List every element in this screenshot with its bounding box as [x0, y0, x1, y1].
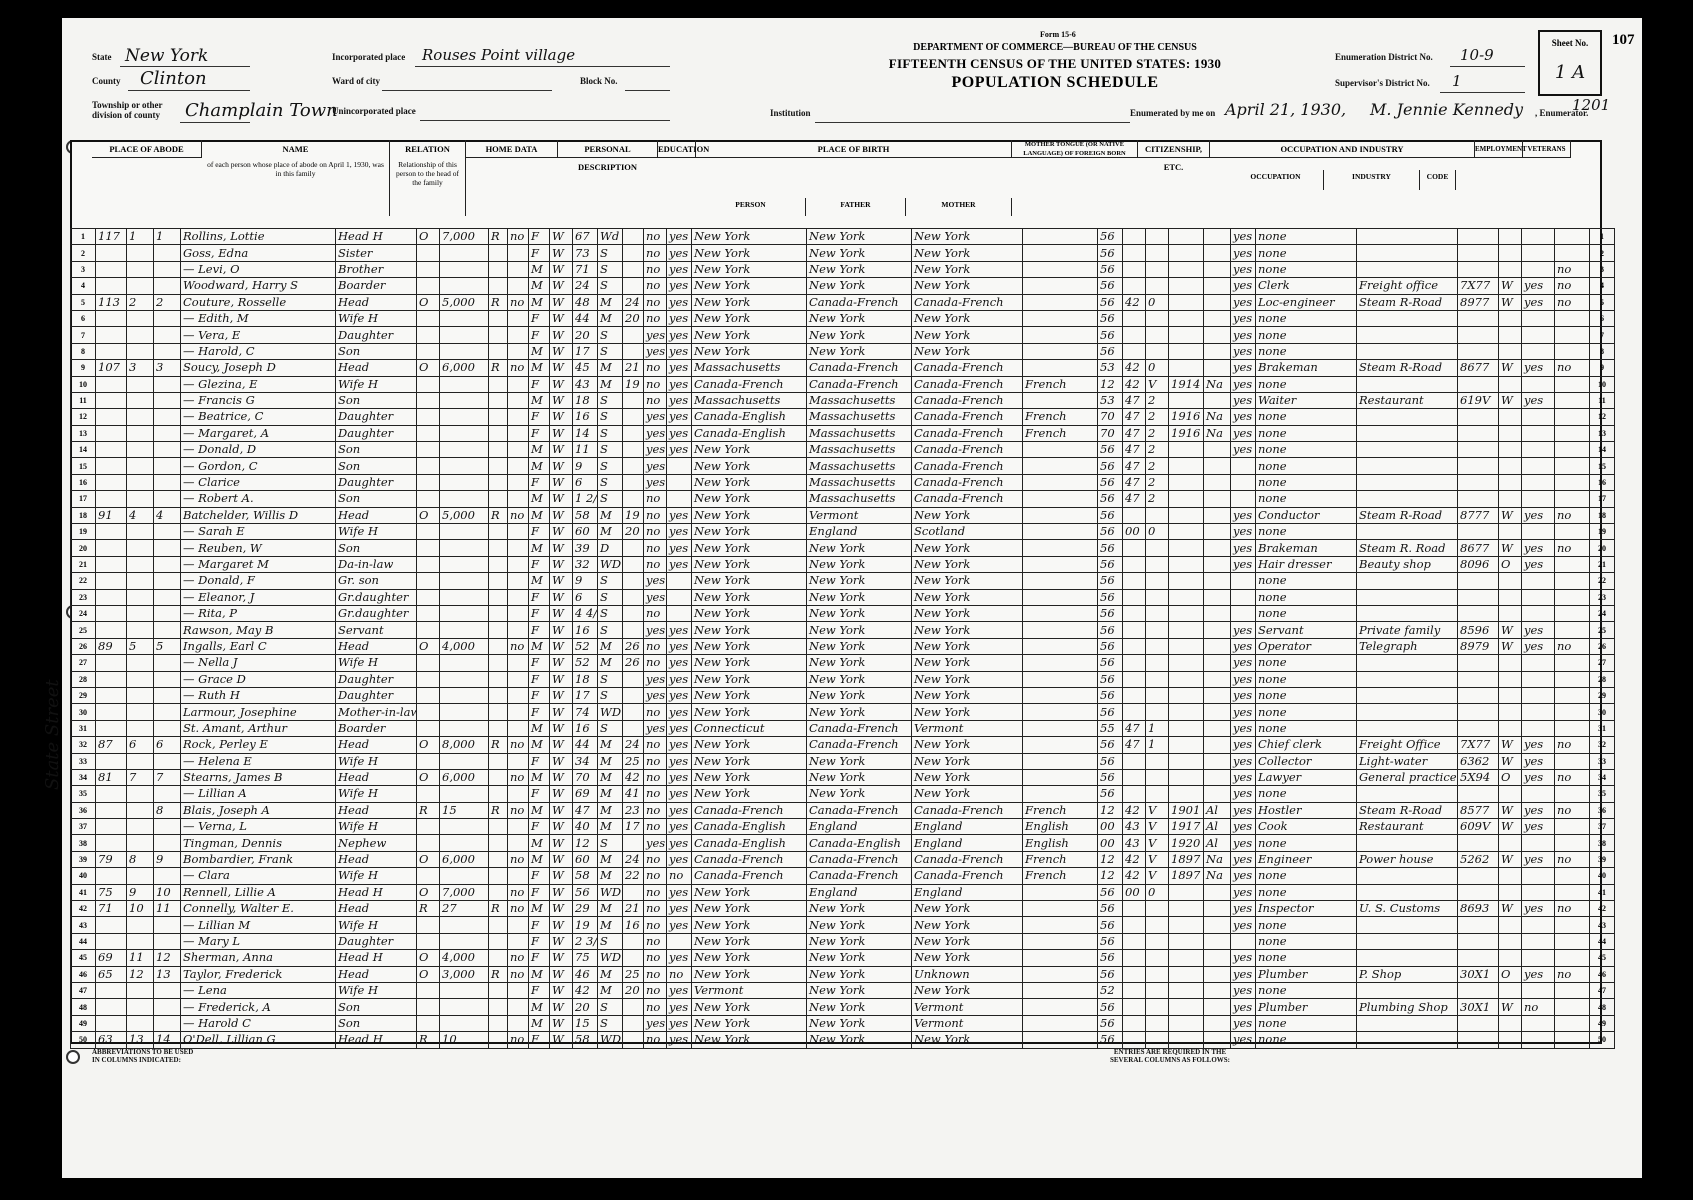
class-of-worker-cell: [1499, 884, 1522, 900]
schedule-title: POPULATION SCHEDULE: [795, 74, 1315, 92]
relation-cell: Wife H: [336, 917, 417, 933]
speaks-english-cell: yes: [1231, 327, 1256, 343]
group-home: HOME DATA: [466, 140, 558, 158]
family-number-cell: 5: [154, 638, 181, 654]
attended-school-cell: no: [644, 376, 667, 392]
birthplace-mother-cell: Canada-French: [912, 491, 1023, 507]
person-name-cell: — Reuben, W: [181, 540, 336, 556]
marital-status-cell: WD: [598, 950, 623, 966]
occupation-cell: none: [1256, 573, 1357, 589]
birthplace-person-cell: Canada-English: [692, 409, 807, 425]
birthplace-father-cell: New York: [807, 343, 912, 359]
industry-cell: [1357, 786, 1458, 802]
code-a-cell: 56: [1098, 704, 1123, 720]
attended-school-cell: no: [644, 310, 667, 326]
group-tongue: MOTHER TONGUE (OR NATIVE LANGUAGE) OF FO…: [1012, 140, 1138, 158]
farm-cell: [508, 425, 529, 441]
family-number-cell: 14: [154, 1032, 181, 1048]
farm-cell: [508, 687, 529, 703]
table-row: 49— Harold CSonMW15SyesyesNew YorkNew Yo…: [71, 1015, 1615, 1031]
code-c-cell: [1146, 950, 1169, 966]
age-cell: 60: [573, 851, 598, 867]
department-title: DEPARTMENT OF COMMERCE—BUREAU OF THE CEN…: [795, 42, 1315, 53]
person-name-cell: Bombardier, Frank: [181, 851, 336, 867]
naturalization-cell: [1204, 769, 1231, 785]
home-value-cell: [440, 622, 489, 638]
race-cell: W: [550, 638, 573, 654]
age-first-marriage-cell: [623, 442, 644, 458]
person-name-cell: — Donald, F: [181, 573, 336, 589]
age-cell: 17: [573, 687, 598, 703]
veteran-cell: [1555, 524, 1590, 540]
read-write-cell: yes: [667, 343, 692, 359]
relation-cell: Head: [336, 294, 417, 310]
person-name-cell: — Harold, C: [181, 343, 336, 359]
naturalization-cell: Na: [1204, 868, 1231, 884]
industry-code-cell: [1458, 868, 1499, 884]
farm-cell: [508, 999, 529, 1015]
age-cell: 16: [573, 409, 598, 425]
line-number-cell: 20: [71, 540, 96, 556]
age-first-marriage-cell: [623, 1032, 644, 1048]
immigration-year-cell: 1916: [1169, 425, 1204, 441]
family-number-cell: 10: [154, 884, 181, 900]
relation-cell: Head: [336, 966, 417, 982]
naturalization-cell: [1204, 540, 1231, 556]
farm-cell: [508, 573, 529, 589]
veteran-cell: [1555, 425, 1590, 441]
home-value-cell: [440, 704, 489, 720]
dwelling-street-cell: [96, 261, 127, 277]
read-write-cell: yes: [667, 327, 692, 343]
line-number-cell: 6: [71, 310, 96, 326]
veteran-cell: [1555, 950, 1590, 966]
line-number-cell: 19: [71, 524, 96, 540]
dwelling-number-cell: [127, 671, 154, 687]
industry-code-cell: [1458, 425, 1499, 441]
enumerator-name: M. Jennie Kennedy: [1370, 100, 1523, 119]
family-number-cell: [154, 1015, 181, 1031]
attended-school-cell: no: [644, 966, 667, 982]
marital-status-cell: M: [598, 310, 623, 326]
radio-set-cell: [489, 982, 508, 998]
table-row: 22— Donald, FGr. sonMW9SyesNew YorkNew Y…: [71, 573, 1615, 589]
home-tenure-cell: [417, 442, 440, 458]
industry-code-cell: [1458, 786, 1499, 802]
birthplace-person-cell: Canada-French: [692, 851, 807, 867]
relation-cell: Wife H: [336, 310, 417, 326]
naturalization-cell: [1204, 573, 1231, 589]
sex-cell: M: [529, 769, 550, 785]
family-number-cell: [154, 933, 181, 949]
industry-code-cell: [1458, 573, 1499, 589]
occupation-cell: none: [1256, 917, 1357, 933]
code-b-cell: [1123, 310, 1146, 326]
dwelling-street-cell: [96, 999, 127, 1015]
group-occupation: OCCUPATION AND INDUSTRY: [1210, 140, 1475, 158]
person-name-cell: Woodward, Harry S: [181, 278, 336, 294]
mother-tongue-cell: [1023, 458, 1098, 474]
table-row: 10— Glezina, EWife HFW43M19noyesCanada-F…: [71, 376, 1615, 392]
line-number-right: 9: [1590, 360, 1615, 376]
race-cell: W: [550, 524, 573, 540]
immigration-year-cell: [1169, 1015, 1204, 1031]
sex-cell: F: [529, 933, 550, 949]
code-a-cell: 56: [1098, 474, 1123, 490]
birthplace-father-cell: New York: [807, 278, 912, 294]
mother-tongue-cell: English: [1023, 819, 1098, 835]
group-personal: PERSONAL DESCRIPTION: [558, 140, 658, 158]
radio-set-cell: [489, 884, 508, 900]
code-a-cell: 56: [1098, 491, 1123, 507]
race-cell: W: [550, 966, 573, 982]
age-first-marriage-cell: 16: [623, 917, 644, 933]
dwelling-number-cell: [127, 491, 154, 507]
home-tenure-cell: O: [417, 638, 440, 654]
family-number-cell: [154, 704, 181, 720]
sex-cell: M: [529, 278, 550, 294]
marital-status-cell: S: [598, 589, 623, 605]
person-name-cell: — Frederick, A: [181, 999, 336, 1015]
marital-status-cell: S: [598, 999, 623, 1015]
birthplace-person-cell: New York: [692, 491, 807, 507]
occupation-cell: Clerk: [1256, 278, 1357, 294]
farm-cell: no: [508, 769, 529, 785]
code-c-cell: [1146, 687, 1169, 703]
home-tenure-cell: O: [417, 769, 440, 785]
birthplace-mother-cell: New York: [912, 310, 1023, 326]
immigration-year-cell: [1169, 622, 1204, 638]
naturalization-cell: [1204, 245, 1231, 261]
dwelling-number-cell: [127, 442, 154, 458]
industry-cell: Restaurant: [1357, 392, 1458, 408]
line-number-right: 44: [1590, 933, 1615, 949]
person-name-cell: St. Amant, Arthur: [181, 720, 336, 736]
race-cell: W: [550, 442, 573, 458]
read-write-cell: [667, 589, 692, 605]
person-name-cell: — Clara: [181, 868, 336, 884]
family-number-cell: 1: [154, 229, 181, 245]
race-cell: W: [550, 819, 573, 835]
family-number-cell: [154, 786, 181, 802]
marital-status-cell: S: [598, 392, 623, 408]
birthplace-mother-cell: New York: [912, 901, 1023, 917]
marital-status-cell: M: [598, 819, 623, 835]
occupation-cell: none: [1256, 261, 1357, 277]
enumerated-label: Enumerated by me on: [1130, 108, 1215, 118]
code-b-cell: 43: [1123, 819, 1146, 835]
group-veterans: VETERANS: [1523, 140, 1571, 158]
relation-cell: Daughter: [336, 687, 417, 703]
home-tenure-cell: [417, 999, 440, 1015]
age-first-marriage-cell: [623, 327, 644, 343]
dwelling-number-cell: [127, 474, 154, 490]
incorporated-label: Incorporated place: [332, 52, 405, 62]
immigration-year-cell: [1169, 458, 1204, 474]
line-number-cell: 12: [71, 409, 96, 425]
birthplace-father-cell: England: [807, 819, 912, 835]
industry-code-cell: 8977: [1458, 294, 1499, 310]
person-name-cell: — Ruth H: [181, 687, 336, 703]
speaks-english-cell: yes: [1231, 802, 1256, 818]
table-row: 45691112Sherman, AnnaHead HO4,000noFW75W…: [71, 950, 1615, 966]
code-a-cell: 56: [1098, 786, 1123, 802]
home-value-cell: 15: [440, 802, 489, 818]
naturalization-cell: [1204, 638, 1231, 654]
veteran-cell: [1555, 392, 1590, 408]
industry-cell: General practice: [1357, 769, 1458, 785]
home-tenure-cell: [417, 835, 440, 851]
line-number-right: 27: [1590, 655, 1615, 671]
relation-cell: Son: [336, 458, 417, 474]
table-row: 910733Soucy, Joseph DHeadO6,000RnoMW45M2…: [71, 360, 1615, 376]
birthplace-father-cell: New York: [807, 982, 912, 998]
code-b-cell: [1123, 622, 1146, 638]
dwelling-street-cell: [96, 982, 127, 998]
sex-cell: M: [529, 442, 550, 458]
code-c-cell: [1146, 753, 1169, 769]
code-b-cell: [1123, 671, 1146, 687]
line-number-right: 11: [1590, 392, 1615, 408]
age-cell: 9: [573, 458, 598, 474]
veteran-cell: [1555, 720, 1590, 736]
attended-school-cell: no: [644, 655, 667, 671]
class-of-worker-cell: [1499, 261, 1522, 277]
veteran-cell: [1555, 687, 1590, 703]
speaks-english-cell: yes: [1231, 507, 1256, 523]
dwelling-number-cell: 10: [127, 901, 154, 917]
line-number-right: 23: [1590, 589, 1615, 605]
code-a-cell: 56: [1098, 556, 1123, 572]
family-number-cell: [154, 376, 181, 392]
age-cell: 42: [573, 982, 598, 998]
immigration-year-cell: [1169, 245, 1204, 261]
marital-status-cell: S: [598, 835, 623, 851]
marital-status-cell: M: [598, 655, 623, 671]
relation-cell: Wife H: [336, 982, 417, 998]
dwelling-street-cell: 65: [96, 966, 127, 982]
home-value-cell: [440, 278, 489, 294]
sex-cell: M: [529, 901, 550, 917]
age-cell: 56: [573, 884, 598, 900]
mother-tongue-cell: [1023, 966, 1098, 982]
birthplace-mother-cell: New York: [912, 638, 1023, 654]
ward-label: Ward of city: [332, 76, 380, 86]
industry-code-cell: [1458, 261, 1499, 277]
street-annotation: State Street: [42, 679, 63, 790]
dwelling-street-cell: 107: [96, 360, 127, 376]
code-a-cell: 56: [1098, 245, 1123, 261]
dwelling-number-cell: [127, 786, 154, 802]
occupation-cell: none: [1256, 884, 1357, 900]
attended-school-cell: no: [644, 245, 667, 261]
race-cell: W: [550, 540, 573, 556]
code-a-cell: 70: [1098, 409, 1123, 425]
industry-cell: [1357, 950, 1458, 966]
class-of-worker-cell: [1499, 835, 1522, 851]
marital-status-cell: S: [598, 425, 623, 441]
naturalization-cell: [1204, 327, 1231, 343]
family-number-cell: [154, 261, 181, 277]
race-cell: W: [550, 589, 573, 605]
race-cell: W: [550, 360, 573, 376]
family-number-cell: [154, 409, 181, 425]
farm-cell: no: [508, 638, 529, 654]
age-first-marriage-cell: 41: [623, 786, 644, 802]
attended-school-cell: no: [644, 786, 667, 802]
age-cell: 44: [573, 737, 598, 753]
birthplace-mother-cell: Canada-French: [912, 360, 1023, 376]
home-tenure-cell: [417, 474, 440, 490]
age-first-marriage-cell: [623, 589, 644, 605]
class-of-worker-cell: W: [1499, 540, 1522, 556]
age-first-marriage-cell: [623, 343, 644, 359]
veteran-cell: [1555, 474, 1590, 490]
industry-cell: Steam R. Road: [1357, 540, 1458, 556]
birthplace-father-cell: New York: [807, 933, 912, 949]
line-number-cell: 26: [71, 638, 96, 654]
group-relation: RELATION: [390, 140, 466, 158]
class-of-worker-cell: [1499, 327, 1522, 343]
occupation-cell: none: [1256, 655, 1357, 671]
dwelling-street-cell: [96, 425, 127, 441]
line-number-right: 6: [1590, 310, 1615, 326]
attended-school-cell: no: [644, 556, 667, 572]
code-b-cell: [1123, 261, 1146, 277]
sex-cell: M: [529, 458, 550, 474]
code-b-cell: [1123, 589, 1146, 605]
naturalization-cell: Na: [1204, 425, 1231, 441]
at-work-cell: [1522, 868, 1555, 884]
code-c-cell: [1146, 769, 1169, 785]
sex-cell: F: [529, 622, 550, 638]
dwelling-street-cell: 81: [96, 769, 127, 785]
naturalization-cell: [1204, 474, 1231, 490]
farm-cell: [508, 310, 529, 326]
industry-code-cell: [1458, 950, 1499, 966]
line-number-cell: 25: [71, 622, 96, 638]
attended-school-cell: yes: [644, 720, 667, 736]
class-of-worker-cell: [1499, 720, 1522, 736]
read-write-cell: [667, 605, 692, 621]
race-cell: W: [550, 950, 573, 966]
home-value-cell: [440, 327, 489, 343]
dwelling-street-cell: 87: [96, 737, 127, 753]
code-a-cell: 56: [1098, 638, 1123, 654]
naturalization-cell: [1204, 491, 1231, 507]
occupation-cell: Lawyer: [1256, 769, 1357, 785]
occupation-cell: Servant: [1256, 622, 1357, 638]
age-first-marriage-cell: 20: [623, 310, 644, 326]
naturalization-cell: [1204, 589, 1231, 605]
family-number-cell: [154, 687, 181, 703]
class-of-worker-cell: [1499, 245, 1522, 261]
mother-tongue-cell: [1023, 671, 1098, 687]
table-row: 48— Frederick, ASonMW20SnoyesNew YorkNew…: [71, 999, 1615, 1015]
race-cell: W: [550, 294, 573, 310]
radio-set-cell: [489, 540, 508, 556]
marital-status-cell: M: [598, 294, 623, 310]
class-of-worker-cell: W: [1499, 638, 1522, 654]
birthplace-mother-cell: Canada-French: [912, 802, 1023, 818]
family-number-cell: [154, 540, 181, 556]
code-a-cell: 56: [1098, 999, 1123, 1015]
naturalization-cell: Na: [1204, 376, 1231, 392]
birthplace-person-cell: New York: [692, 950, 807, 966]
mother-tongue-cell: [1023, 540, 1098, 556]
dwelling-street-cell: [96, 310, 127, 326]
home-tenure-cell: [417, 982, 440, 998]
home-value-cell: [440, 655, 489, 671]
race-cell: W: [550, 802, 573, 818]
birthplace-mother-cell: Canada-French: [912, 458, 1023, 474]
industry-code-cell: 8096: [1458, 556, 1499, 572]
naturalization-cell: [1204, 442, 1231, 458]
code-b-cell: [1123, 950, 1146, 966]
immigration-year-cell: [1169, 982, 1204, 998]
code-c-cell: [1146, 229, 1169, 245]
dwelling-number-cell: [127, 687, 154, 703]
dwelling-number-cell: [127, 982, 154, 998]
sex-cell: F: [529, 753, 550, 769]
sex-cell: M: [529, 507, 550, 523]
at-work-cell: [1522, 933, 1555, 949]
code-b-cell: [1123, 655, 1146, 671]
speaks-english-cell: yes: [1231, 360, 1256, 376]
relation-cell: Head: [336, 737, 417, 753]
race-cell: W: [550, 868, 573, 884]
code-a-cell: 56: [1098, 901, 1123, 917]
sex-cell: M: [529, 638, 550, 654]
farm-cell: [508, 933, 529, 949]
birthplace-mother-cell: New York: [912, 982, 1023, 998]
birthplace-mother-cell: New York: [912, 671, 1023, 687]
class-of-worker-cell: [1499, 671, 1522, 687]
speaks-english-cell: yes: [1231, 409, 1256, 425]
read-write-cell: yes: [667, 1015, 692, 1031]
birthplace-person-cell: New York: [692, 1032, 807, 1048]
code-c-cell: [1146, 589, 1169, 605]
home-tenure-cell: [417, 261, 440, 277]
marital-status-cell: S: [598, 458, 623, 474]
class-of-worker-cell: [1499, 1015, 1522, 1031]
speaks-english-cell: yes: [1231, 442, 1256, 458]
marital-status-cell: S: [598, 573, 623, 589]
race-cell: W: [550, 261, 573, 277]
attended-school-cell: no: [644, 491, 667, 507]
occupation-cell: none: [1256, 425, 1357, 441]
birthplace-father-cell: Massachusetts: [807, 392, 912, 408]
mother-tongue-cell: [1023, 786, 1098, 802]
speaks-english-cell: yes: [1231, 278, 1256, 294]
line-number-cell: 10: [71, 376, 96, 392]
at-work-cell: [1522, 458, 1555, 474]
table-row: 397989Bombardier, FrankHeadO6,000noMW60M…: [71, 851, 1615, 867]
table-row: 8— Harold, CSonMW17SyesyesNew YorkNew Yo…: [71, 343, 1615, 359]
birthplace-father-cell: New York: [807, 753, 912, 769]
home-value-cell: [440, 474, 489, 490]
line-number-cell: 2: [71, 245, 96, 261]
table-row: 35— Lillian AWife HFW69M41noyesNew YorkN…: [71, 786, 1615, 802]
immigration-year-cell: [1169, 753, 1204, 769]
veteran-cell: [1555, 671, 1590, 687]
home-tenure-cell: O: [417, 950, 440, 966]
at-work-cell: yes: [1522, 769, 1555, 785]
veteran-cell: [1555, 605, 1590, 621]
veteran-cell: [1555, 442, 1590, 458]
sex-cell: F: [529, 655, 550, 671]
sex-cell: F: [529, 524, 550, 540]
